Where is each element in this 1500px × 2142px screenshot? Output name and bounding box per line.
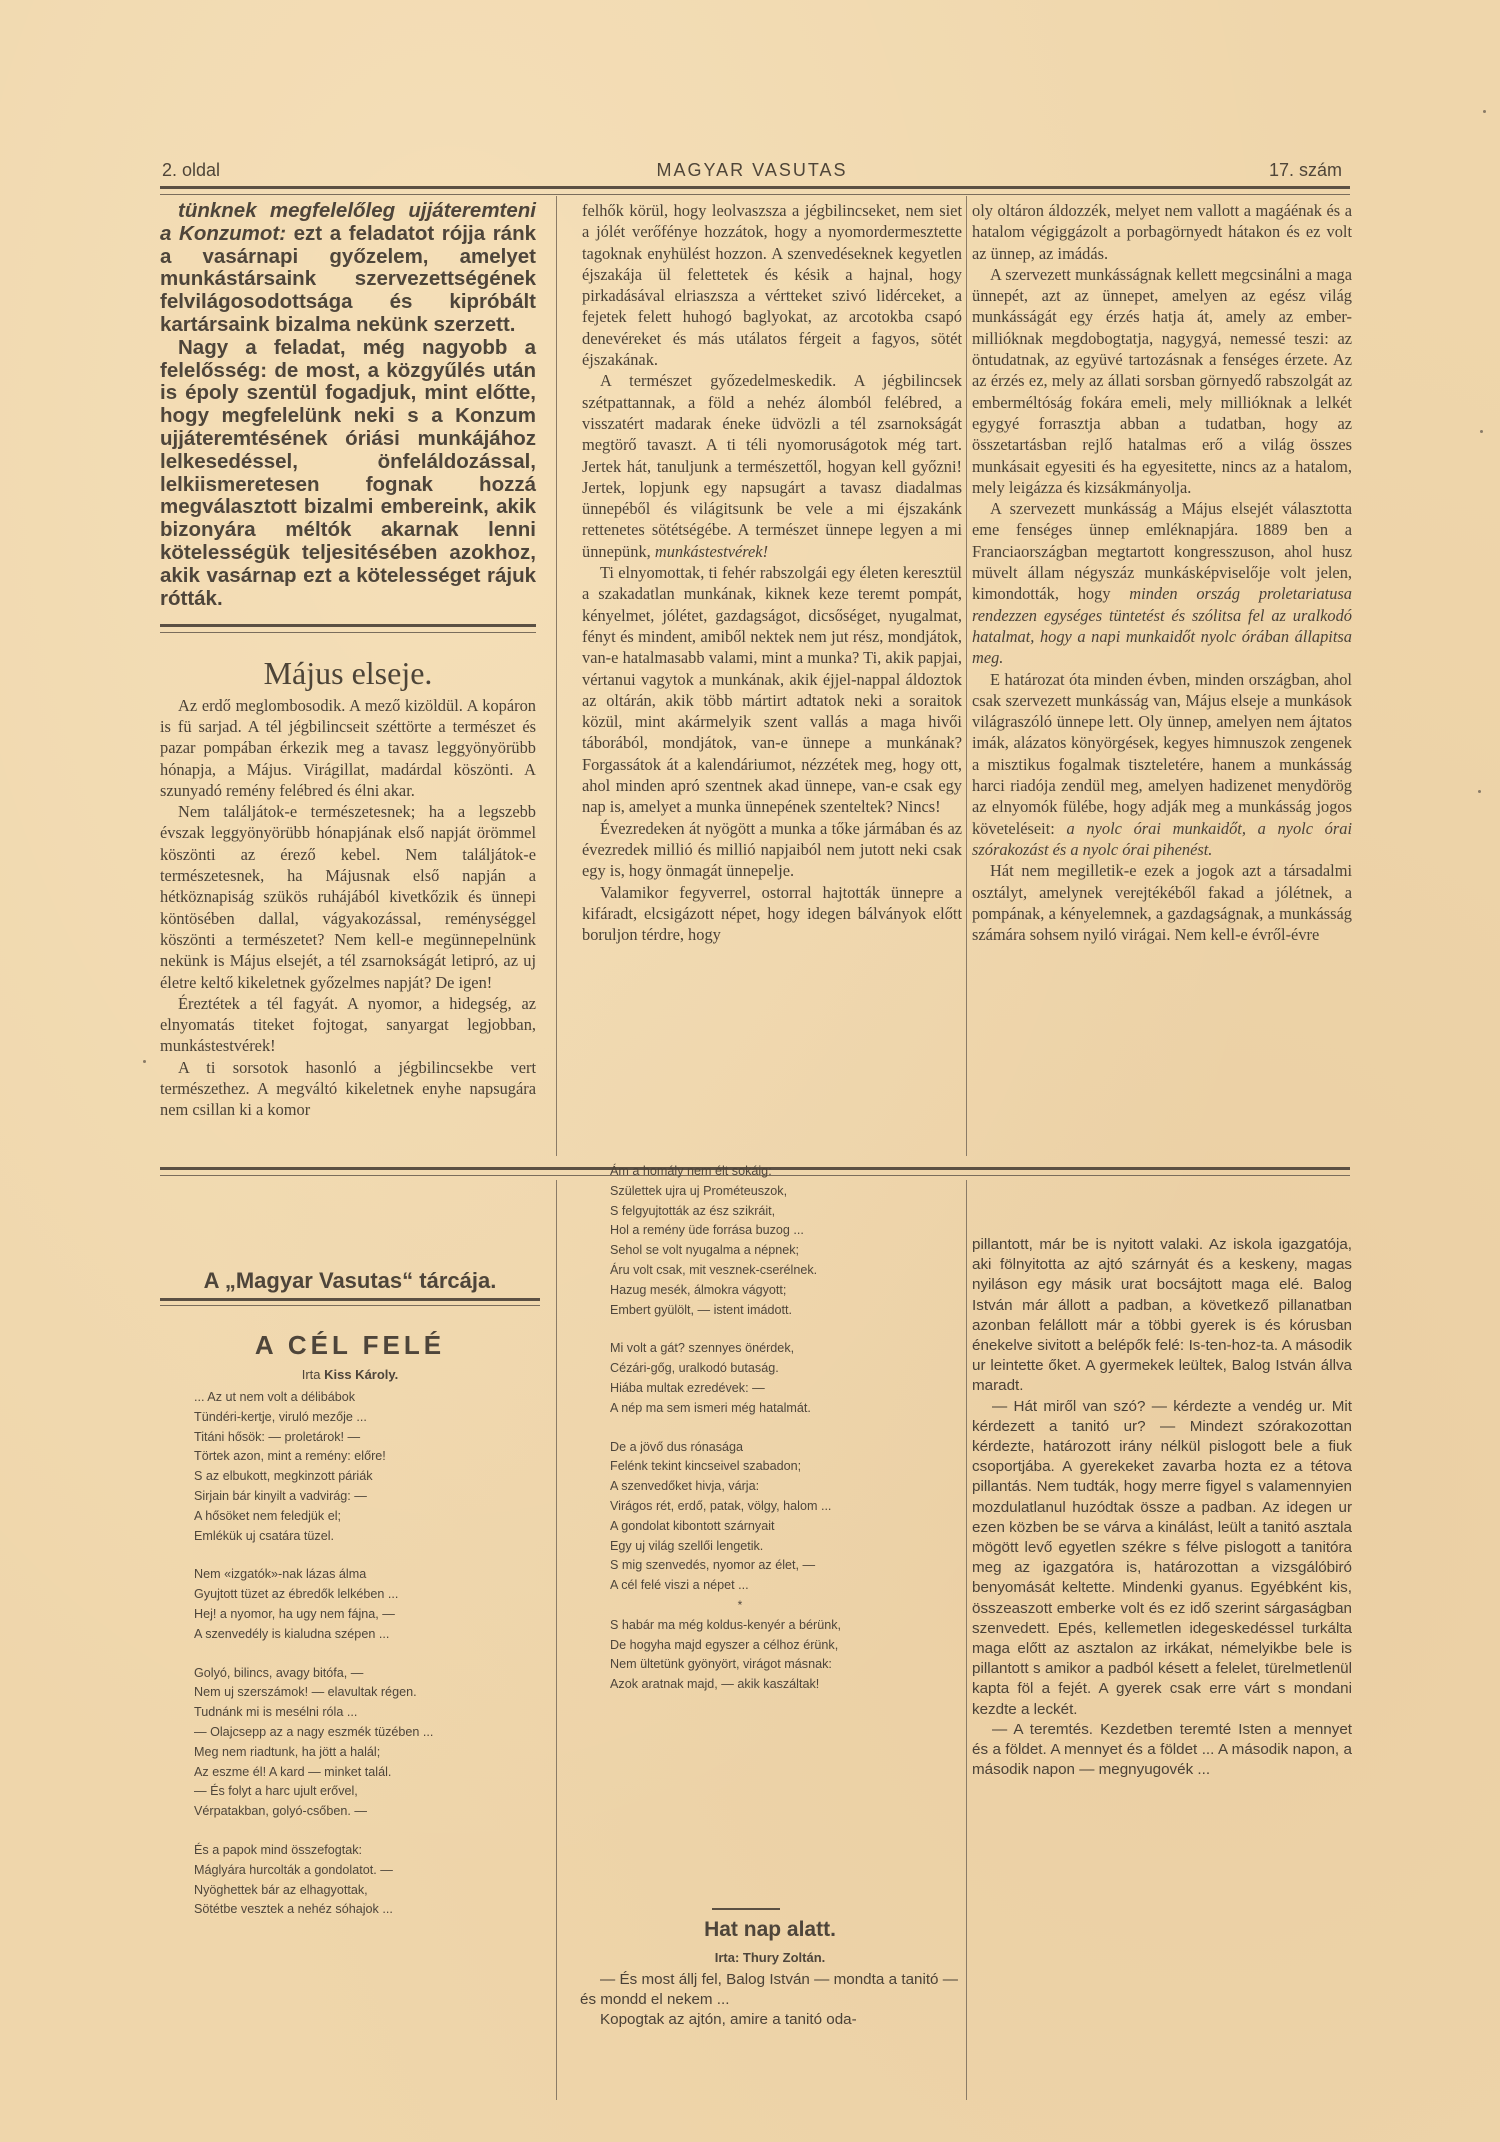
story-paragraph: — Hát miről van szó? — kérdezte a vendég…	[972, 1397, 1352, 1720]
article-paragraph: Hát nem megilletik-e ezek a jogok azt a …	[972, 860, 1352, 945]
poem-line: A gondolat kibontott szárnyait	[610, 1517, 950, 1537]
article-paragraph: felhők körül, hogy leolvaszsza a jégbili…	[582, 200, 962, 370]
poem-line: Embert gyülölt, — istent imádott.	[610, 1301, 950, 1321]
story-paragraph: pillantott, már be is nyitott valaki. Az…	[972, 1235, 1352, 1397]
lead-rule	[160, 624, 536, 633]
article-paragraph: Valamikor fegyverrel, ostorral hajtották…	[582, 882, 962, 946]
poem-line: Az eszme él! A kard — minket talál.	[194, 1763, 534, 1783]
article-title: Május elseje.	[160, 663, 536, 684]
article-paragraph: oly oltáron áldozzék, melyet nem vallott…	[972, 200, 1352, 264]
poem-line: S felgyujtották az ész szikráit,	[610, 1202, 950, 1222]
article-paragraph: Nem találjátok-e természetesnek; ha a le…	[160, 801, 536, 993]
poem-line: Sehol se volt nyugalma a népnek;	[610, 1241, 950, 1261]
poem-line: De hogyha majd egyszer a célhoz érünk,	[610, 1636, 950, 1656]
section-separator	[712, 1908, 780, 1910]
poem-line: Felénk tekint kincseivel szabadon;	[610, 1457, 950, 1477]
paragraph-text: E határozat óta minden évben, minden ors…	[972, 670, 1352, 838]
poem-stanza: ... Az ut nem volt a délibábok Tündéri-k…	[194, 1388, 534, 1546]
poem-line: Sirjain bár kinyilt a vadvirág: —	[194, 1487, 534, 1507]
column-divider	[966, 196, 967, 1156]
paper-speck	[1483, 110, 1486, 113]
poem-stanza: Golyó, bilincs, avagy bitófa, — Nem uj s…	[194, 1664, 534, 1822]
poem-line: Sötétbe vesztek a nehéz sóhajok ...	[194, 1900, 534, 1920]
article-paragraph: Az erdő meglombosodik. A mező kizöldül. …	[160, 695, 536, 801]
paper-speck	[143, 1060, 146, 1063]
story-part-2: pillantott, már be is nyitott valaki. Az…	[972, 1235, 1352, 1780]
poem-line: A szenvedély is kialudna szépen ...	[194, 1625, 534, 1645]
poem-line: A szenvedőket hivja, várja:	[610, 1477, 950, 1497]
issue-number: 17. szám	[1269, 160, 1342, 181]
feuilleton-title: A „Magyar Vasutas“ tárcája.	[160, 1268, 540, 1294]
column-divider	[556, 1180, 557, 2100]
poem-line: A hősöket nem feledjük el;	[194, 1507, 534, 1527]
poem-line: Egy uj világ szellői lengetik.	[610, 1537, 950, 1557]
poem-stanza: De a jövő dus rónasága Felénk tekint kin…	[610, 1438, 950, 1596]
poem-line: Tündéri-kertje, viruló mezője ...	[194, 1408, 534, 1428]
article-paragraph: A ti sorsotok hasonló a jégbilincsekbe v…	[160, 1057, 536, 1121]
poem-line: Emlékük uj csatára tüzel.	[194, 1527, 534, 1547]
story-paragraph: — És most állj fel, Balog István — mondt…	[580, 1970, 958, 2010]
poem-line: Ám a homály nem élt sokáig:	[610, 1162, 950, 1182]
italic-text: munkástestvérek!	[655, 542, 768, 561]
poem-stanza: Nem «izgatók»-nak lázas álma Gyujtott tü…	[194, 1565, 534, 1644]
poem-line: Cézári-gőg, uralkodó butaság.	[610, 1359, 950, 1379]
poem-line: Azok aratnak majd, — akik kaszáltak!	[610, 1675, 950, 1695]
poem-line: Nem ültetünk gyönyört, virágot másnak:	[610, 1655, 950, 1675]
article-paragraph: Éreztétek a tél fagyát. A nyomor, a hide…	[160, 993, 536, 1057]
poem-line: Máglyára hurcolták a gondolatot. —	[194, 1861, 534, 1881]
poem-line: Gyujtott tüzet az ébredők lelkében ...	[194, 1585, 534, 1605]
poem-line: Titáni hősök: — proletárok! —	[194, 1428, 534, 1448]
poem-line: — Olajcsepp az a nagy eszmék tüzében ...	[194, 1723, 534, 1743]
poem-line: Törtek azon, mint a remény: előre!	[194, 1447, 534, 1467]
story-title: Hat nap alatt.	[580, 1918, 960, 1942]
poem-line: Virágos rét, erdő, patak, völgy, halom .…	[610, 1497, 950, 1517]
author-prefix: Irta	[302, 1367, 324, 1382]
poem-stanza: Mi volt a gát? szennyes önérdek, Cézári-…	[610, 1339, 950, 1418]
column-divider	[556, 196, 557, 1156]
column-3: oly oltáron áldozzék, melyet nem vallott…	[972, 200, 1352, 945]
article-paragraph: Évezredeken át nyögött a munka a tőke já…	[582, 818, 962, 882]
poem-line: S habár ma még koldus-kenyér a bérünk,	[610, 1616, 950, 1636]
poem-line: Mi volt a gát? szennyes önérdek,	[610, 1339, 950, 1359]
poem-line: Áru volt csak, mit vesznek-cserélnek.	[610, 1261, 950, 1281]
poem-line: Tudnánk mi is mesélni róla ...	[194, 1703, 534, 1723]
story-paragraph: Kopogtak az ajtón, amire a tanitó oda-	[580, 2010, 958, 2030]
lead-paragraph-1: tünknek megfelelőleg ujjáteremteni a Kon…	[160, 200, 536, 337]
lead-text: tünknek megfelelőleg ujjáteremteni a Kon…	[160, 200, 536, 610]
story-author: Irta: Thury Zoltán.	[580, 1950, 960, 1965]
article-paragraph: Ti elnyomottak, ti fehér rabszolgái egy …	[582, 562, 962, 818]
paper-speck	[1478, 790, 1481, 793]
poem-line: A nép ma sem ismeri még hatalmát.	[610, 1399, 950, 1419]
article-paragraph: A szervezett munkásság a Május elsejét v…	[972, 498, 1352, 668]
stanza-separator-icon: *	[610, 1596, 870, 1616]
poem-line: Golyó, bilincs, avagy bitófa, —	[194, 1664, 534, 1684]
poem-line: Hiába multak ezredévek: —	[610, 1379, 950, 1399]
poem-stanza: Ám a homály nem élt sokáig: Születtek uj…	[610, 1162, 950, 1320]
poem-line: A cél felé viszi a népet ...	[610, 1576, 950, 1596]
poem-line: Meg nem riadtunk, ha jött a halál;	[194, 1743, 534, 1763]
header-rule	[160, 186, 1350, 195]
poem-line: Nem «izgatók»-nak lázas álma	[194, 1565, 534, 1585]
poem-line: Nem uj szerszámok! — elavultak régen.	[194, 1683, 534, 1703]
poem-line: S mig szenvedés, nyomor az élet, —	[610, 1556, 950, 1576]
poem-line: Vérpatakban, golyó-csőben. —	[194, 1802, 534, 1822]
paper-speck	[1480, 430, 1483, 433]
author-name: Kiss Károly.	[324, 1367, 398, 1382]
poem-line: Hej! a nyomor, ha ugy nem fájna, —	[194, 1605, 534, 1625]
lead-paragraph-2: Nagy a feladat, még nagyobb a felelősség…	[160, 337, 536, 611]
poem-stanza: S habár ma még koldus-kenyér a bérünk, D…	[610, 1616, 950, 1695]
poem-author: Irta Kiss Károly.	[160, 1367, 540, 1382]
feuilleton-title-rule	[160, 1298, 540, 1306]
running-header: 2. oldal MAGYAR VASUTAS 17. szám	[162, 160, 1342, 184]
story-paragraph: — A teremtés. Kezdetben teremté Isten a …	[972, 1720, 1352, 1781]
poem-line: — És folyt a harc ujult erővel,	[194, 1782, 534, 1802]
poem-line: De a jövő dus rónasága	[610, 1438, 950, 1458]
column-2: felhők körül, hogy leolvaszsza a jégbili…	[582, 200, 962, 945]
poem-line: Nyöghettek bár az elhagyottak,	[194, 1881, 534, 1901]
poem-line: Hazug mesék, álmokra vágyott;	[610, 1281, 950, 1301]
poem-line: ... Az ut nem volt a délibábok	[194, 1388, 534, 1408]
article-paragraph: A természet győzedelmeskedik. A jégbilin…	[582, 370, 962, 562]
poem-line: S az elbukott, megkinzott páriák	[194, 1467, 534, 1487]
poem-line: Hol a remény üde forrása buzog ...	[610, 1221, 950, 1241]
poem-part-2: Ám a homály nem élt sokáig: Születtek uj…	[610, 1162, 950, 1714]
article-paragraph: E határozat óta minden évben, minden ors…	[972, 669, 1352, 861]
poem-line: Születtek ujra uj Prométeuszok,	[610, 1182, 950, 1202]
newspaper-page: 2. oldal MAGYAR VASUTAS 17. szám tünknek…	[0, 0, 1500, 2142]
paragraph-text: A természet győzedelmeskedik. A jégbilin…	[582, 371, 962, 560]
poem-title: A CÉL FELÉ	[160, 1330, 540, 1361]
poem-part-1: ... Az ut nem volt a délibábok Tündéri-k…	[194, 1388, 534, 1939]
article-paragraph: A szervezett munkásságnak kellett megcsi…	[972, 264, 1352, 498]
column-1: tünknek megfelelőleg ujjáteremteni a Kon…	[160, 200, 536, 1121]
newspaper-title: MAGYAR VASUTAS	[162, 160, 1342, 181]
column-divider	[966, 1180, 967, 2100]
poem-line: És a papok mind összefogtak:	[194, 1841, 534, 1861]
poem-stanza: És a papok mind összefogtak: Máglyára hu…	[194, 1841, 534, 1920]
story-part-1: — És most állj fel, Balog István — mondt…	[580, 1970, 958, 2031]
